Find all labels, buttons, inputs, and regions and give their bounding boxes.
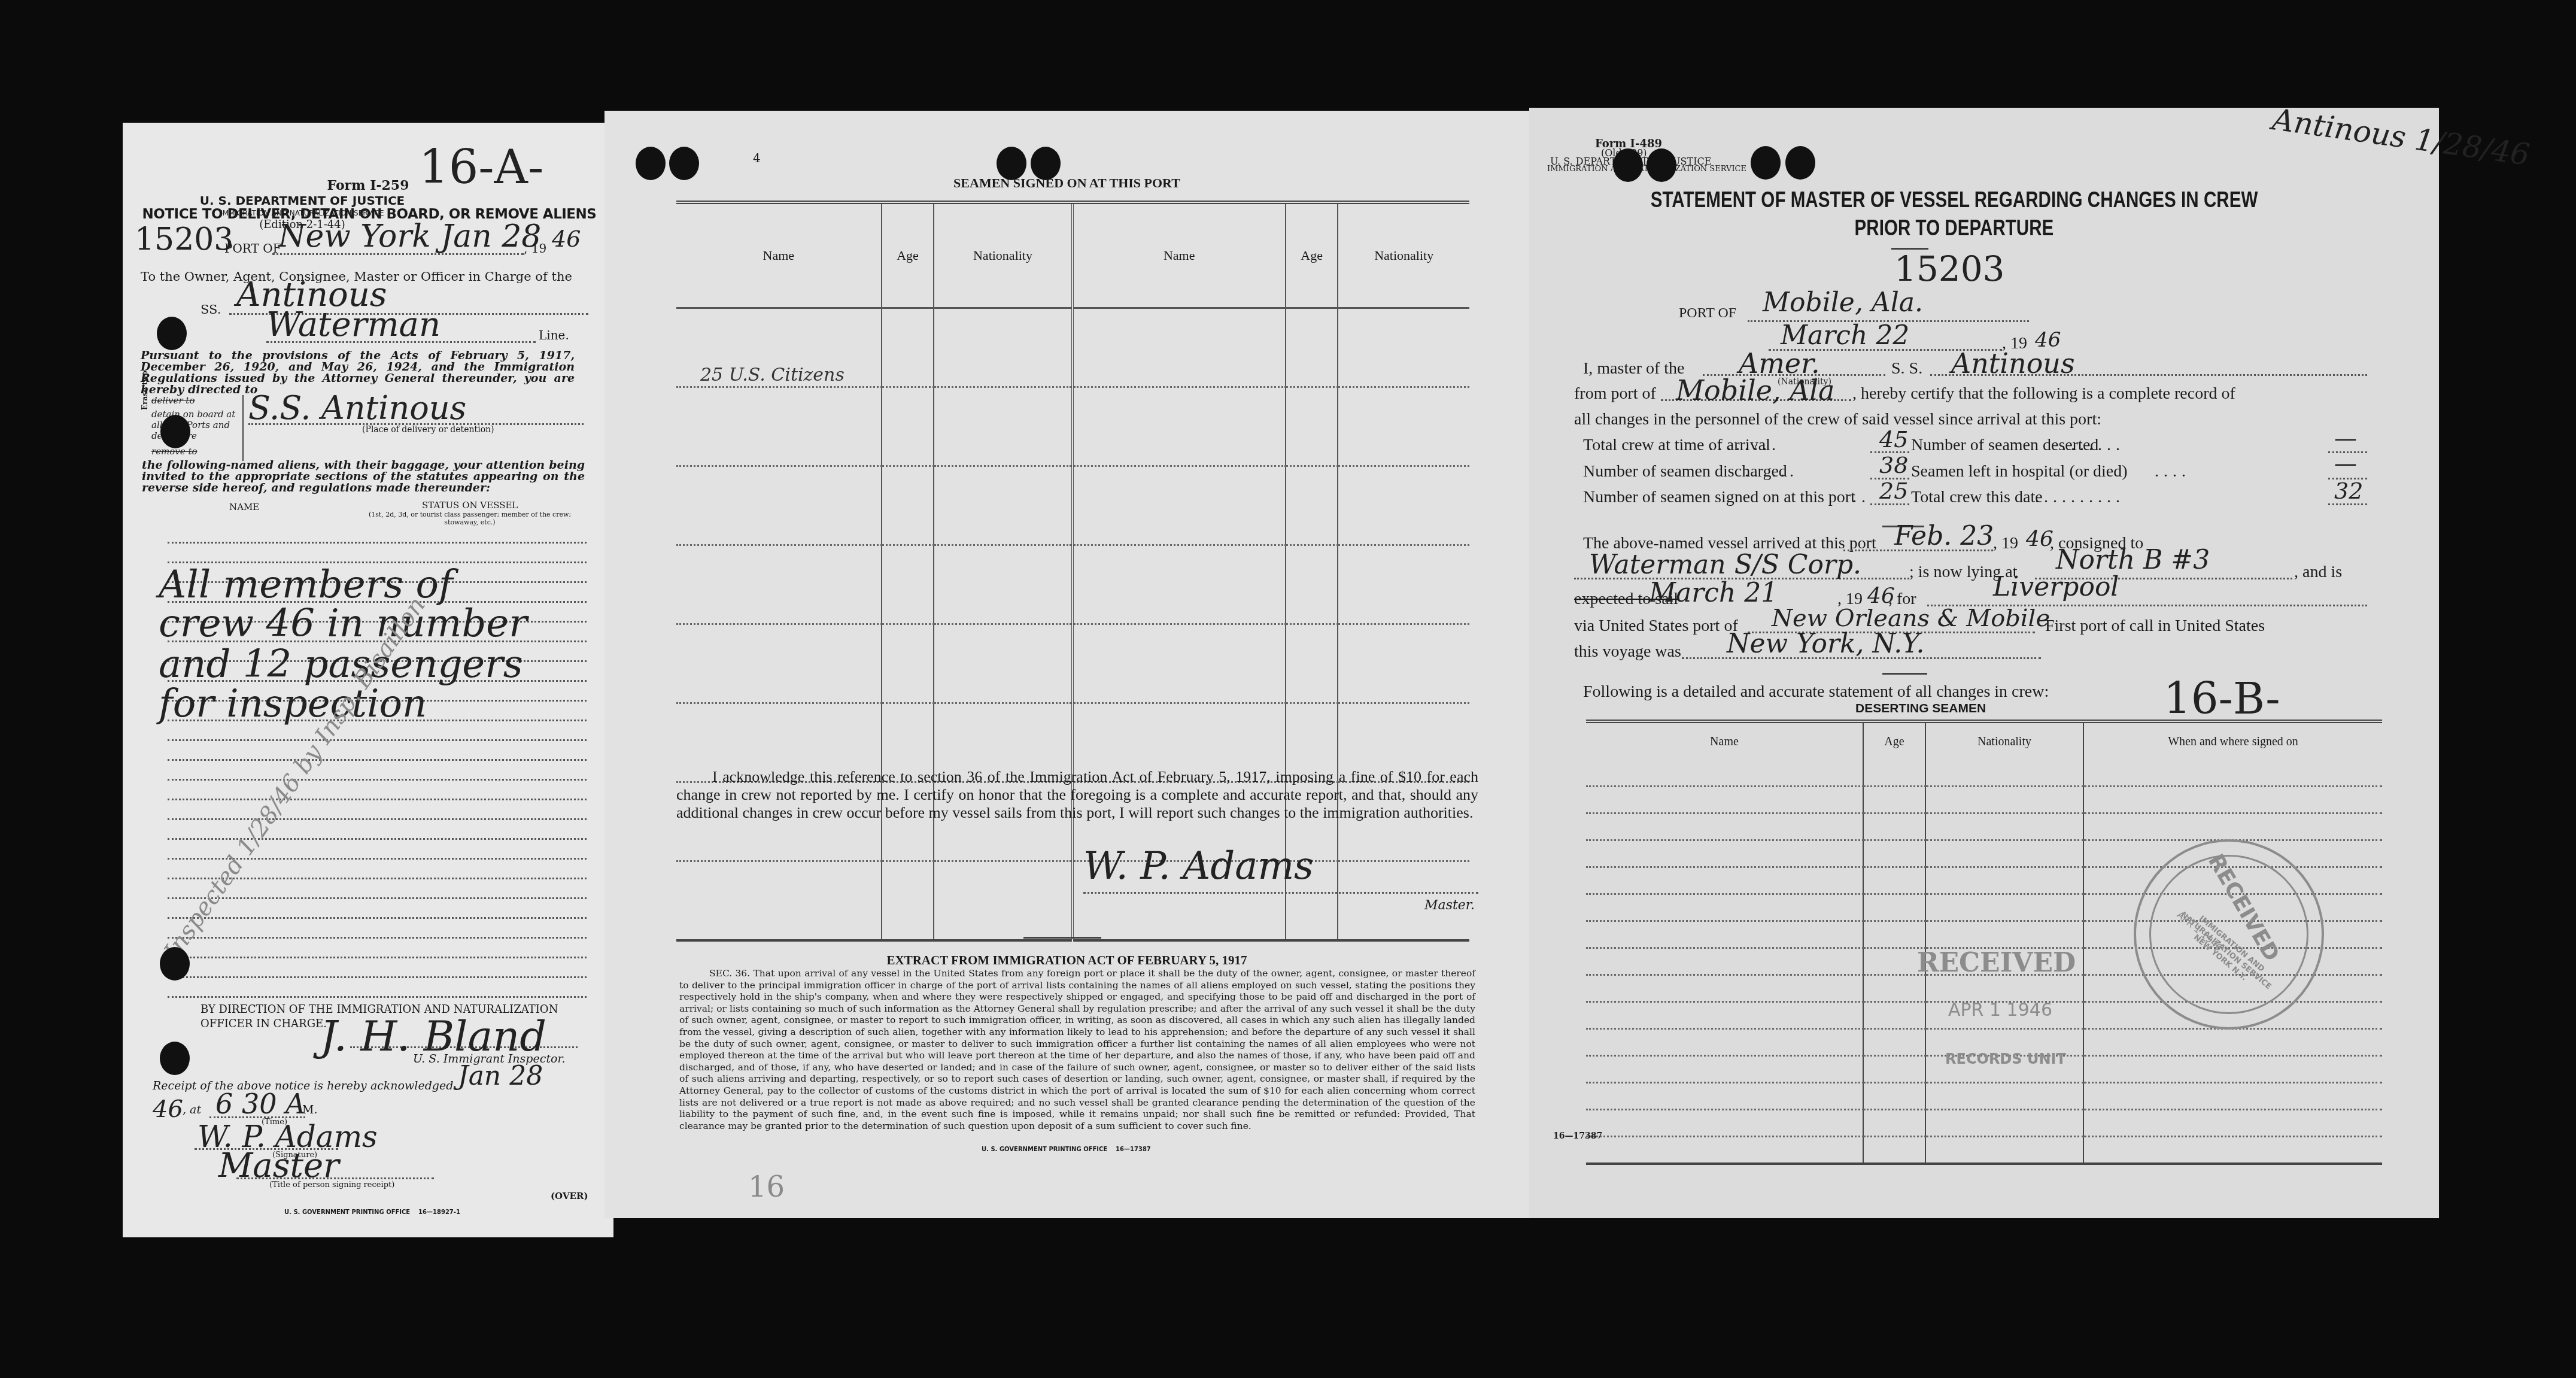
title-value: Master (218, 1146, 339, 1185)
place-value: S.S. Antinous (248, 389, 466, 427)
and-is-label: , and is (2294, 563, 2342, 582)
port-value: New York Jan 28 (278, 218, 541, 254)
certify-text: , hereby certify that the following is a… (1852, 384, 2235, 403)
cell-age (1286, 308, 1338, 387)
master-signature: W. P. Adams (1083, 844, 1314, 888)
pencil-page-note: 16 (748, 1170, 785, 1204)
arrived-year-prefix: , 19 (1993, 534, 2018, 553)
stat-label-total-date: Total crew this date (1911, 488, 2043, 507)
file-number: 15203 (1894, 248, 2005, 289)
table-row (676, 624, 1469, 703)
cell-age (882, 308, 934, 387)
table-row (676, 466, 1469, 545)
receipt-m: M. (302, 1103, 318, 1116)
stat-value-deserted: — (2334, 425, 2357, 451)
destination-value: Liverpool (1993, 572, 2119, 602)
printer-line: U. S. GOVERNMENT PRINTING OFFICE 16—1892… (284, 1209, 460, 1216)
arrived-value: Feb. 23 (1894, 521, 1994, 551)
table-row (1586, 1137, 2382, 1164)
place-caption: (Place of delivery or detention) (362, 425, 494, 435)
table-row (1586, 1083, 2382, 1110)
receipt-year: 46 (153, 1095, 183, 1123)
deserting-title: DESERTING SEAMEN (1855, 702, 1986, 716)
punch-hole (1751, 146, 1781, 180)
notice-card: Form I-259 U. S. DEPARTMENT OF JUSTICE I… (123, 123, 613, 1237)
col-header-signed-on: When and where signed on (2083, 721, 2382, 760)
table-row: 25 U.S. Citizens (676, 308, 1469, 387)
arrived-year: 46 (2026, 527, 2053, 551)
stat-value-total-arrival: 45 (1879, 426, 1908, 453)
acknowledgement-text: I acknowledge this reference to section … (676, 768, 1478, 822)
seamen-signed-on-page: 4 SEAMEN SIGNED ON AT THIS PORT Name Age… (604, 111, 1529, 1218)
col-status: STATUS ON VESSEL (422, 500, 518, 511)
punch-hole (160, 1042, 190, 1075)
year-prefix: , 19 (524, 241, 546, 256)
punch-hole (1785, 146, 1815, 180)
voyage-label: this voyage was (1574, 642, 1681, 661)
expected-value: March 21 (1649, 578, 1778, 608)
from-port-value: Mobile, Ala (1676, 374, 1835, 406)
file-number: 15203 (135, 221, 233, 257)
punch-hole (160, 947, 190, 981)
following-text: Following is a detailed and accurate sta… (1583, 682, 2049, 702)
cell-name (1073, 308, 1286, 387)
table-row (676, 861, 1469, 941)
col-header-name: Name (1586, 721, 1863, 760)
section-title: SEAMEN SIGNED ON AT THIS PORT (604, 175, 1529, 191)
form-title-line1: STATEMENT OF MASTER OF VESSEL REGARDING … (1614, 187, 2294, 213)
received-stamp-date: APR 1 1946 (1948, 1000, 2052, 1021)
stat-value-total-date: 32 (2334, 478, 2363, 504)
col-header-nationality: Nationality (934, 202, 1072, 308)
stat-value-discharged: 38 (1879, 452, 1908, 478)
seamen-table: Name Age Nationality Name Age Nationalit… (676, 201, 1469, 942)
stat-label-signed-on: Number of seamen signed on at this port (1583, 488, 1855, 507)
annotation-16a: 16-A- (419, 141, 543, 195)
ss-label: SS. (201, 302, 221, 317)
col-header-name: Name (1073, 202, 1286, 308)
voyage-value: New York, N.Y. (1727, 629, 1925, 659)
punch-hole (157, 317, 187, 350)
punch-hole (160, 415, 190, 448)
extract-text: SEC. 36. That upon arrival of any vessel… (679, 968, 1475, 1132)
stat-value-hospital: — (2334, 450, 2357, 476)
consignee-value: Waterman S/S Corp. (1589, 550, 1861, 580)
via-label: via United States port of (1574, 617, 1738, 636)
port-label: PORT OF (1679, 305, 1736, 321)
following-text: the following-named aliens, with their b… (142, 460, 585, 494)
receipt-time: 6 30 A (215, 1088, 305, 1120)
changes-text: all changes in the personnel of the crew… (1574, 410, 2101, 429)
corner-annotation: Antinous 1/28/46 (2270, 102, 2532, 172)
master-statement-form: Form I-489 (Old 689) U. S. DEPARTMENT OF… (1529, 108, 2439, 1218)
col-header-age: Age (882, 202, 934, 308)
printer-line: U. S. GOVERNMENT PRINTING OFFICE 16—1738… (982, 1146, 1151, 1153)
ss-value: Antinous (1951, 347, 2075, 380)
form-title-line2: PRIOR TO DEPARTURE (1614, 215, 2294, 241)
page-number: 4 (753, 151, 761, 165)
title-caption: (Title of person signing receipt) (269, 1180, 394, 1189)
table-row (1586, 814, 2382, 840)
stat-label-hospital: Seamen left in hospital (or died) (1911, 462, 2128, 481)
line-label: Line. (539, 328, 569, 342)
col-status-sub: (1st, 2d, 3d, or tourist class passenger… (368, 511, 572, 526)
receipt-date: Jan 28 (458, 1061, 543, 1091)
first-port-label: First port of call in United States (2045, 617, 2265, 636)
port-value: Mobile, Ala. (1763, 287, 1923, 318)
line-value: Waterman (266, 305, 441, 344)
received-stamp: RECEIVED (1917, 948, 2076, 978)
option-deliver: deliver to (151, 395, 195, 406)
receipt-at: , at (183, 1103, 201, 1116)
annotation-16b: 16-B- (2164, 673, 2280, 724)
col-header-nationality: Nationality (1925, 721, 2083, 760)
table-row (1586, 1110, 2382, 1137)
stat-value-signed-on: 25 (1879, 478, 1908, 504)
department: U. S. DEPARTMENT OF JUSTICE (57, 193, 548, 208)
cell-name: 25 U.S. Citizens (676, 308, 882, 387)
ss-label: S. S. (1891, 359, 1922, 378)
cell-nationality (934, 308, 1072, 387)
col-header-nationality: Nationality (1338, 202, 1469, 308)
master-of-label: I, master of the (1583, 359, 1685, 378)
handwritten-line-2: crew 46 in number (159, 602, 527, 646)
lying-value: North B #3 (2056, 545, 2210, 575)
col-header-age: Age (1286, 202, 1338, 308)
punch-hole (1613, 148, 1643, 182)
table-row (676, 545, 1469, 624)
table-row (1586, 760, 2382, 787)
master-label: Master. (1424, 898, 1475, 913)
table-row (676, 387, 1469, 466)
printer-line: 16—17387 (1553, 1131, 1602, 1141)
extract-title: EXTRACT FROM IMMIGRATION ACT OF FEBRUARY… (604, 953, 1529, 968)
col-name: NAME (229, 502, 259, 512)
table-row (1586, 787, 2382, 814)
round-received-stamp: RECEIVED APR 1 1946 IMMIGRATION AND NATU… (2134, 839, 2324, 1030)
erase-two-label: Erase two (141, 371, 149, 410)
date-value: March 22 (1781, 320, 1909, 351)
col-header-age: Age (1863, 721, 1925, 760)
year-value: 46 (552, 226, 581, 252)
punch-hole (1647, 148, 1676, 182)
col-header-name: Name (676, 202, 882, 308)
from-port-label: from port of (1574, 384, 1656, 403)
over-label: (OVER) (551, 1191, 588, 1201)
handwritten-line-4: for inspection (159, 682, 427, 726)
handwritten-line-3: and 12 passengers (159, 642, 523, 687)
cell-nationality (1338, 308, 1469, 387)
records-unit-stamp: RECORDS UNIT (1945, 1051, 2066, 1067)
